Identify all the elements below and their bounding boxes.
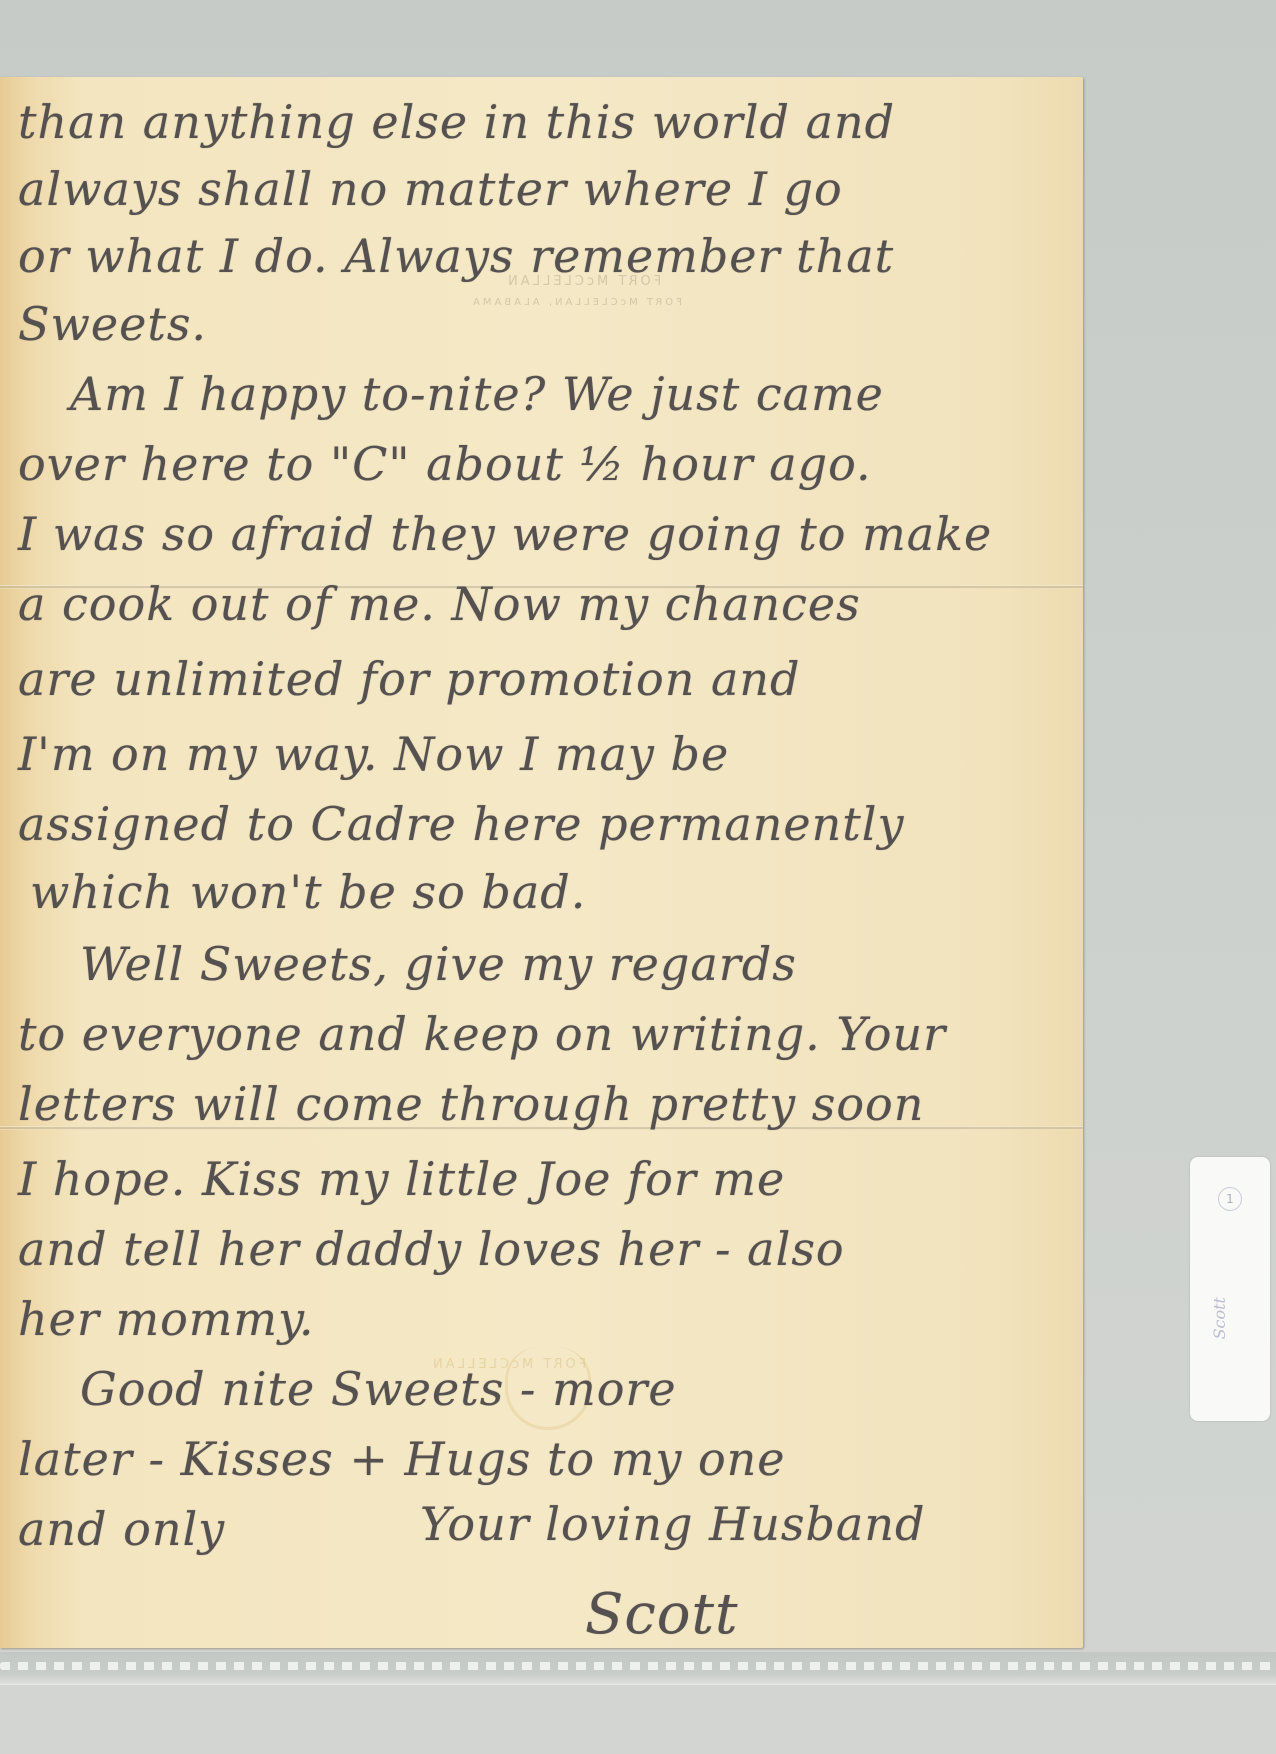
perforation-holes [0, 1662, 1276, 1670]
tag-number-mark: 1 [1218, 1187, 1242, 1211]
letter-line: I'm on my way. Now I may be [18, 727, 729, 781]
letter-line: are unlimited for promotion and [18, 652, 800, 706]
letter-line: I was so afraid they were going to make [18, 507, 992, 561]
archive-tag: 1 Scott [1190, 1157, 1270, 1421]
letter-line: Am I happy to-nite? We just came [70, 367, 884, 421]
letter-line: Good nite Sweets - more [80, 1362, 677, 1416]
sleeve-perforation-strip [0, 1652, 1276, 1685]
letter-line: and tell her daddy loves her - also [18, 1222, 845, 1276]
letter-line: assigned to Cadre here permanently [18, 797, 904, 851]
letter-line: or what I do. Always remember that [18, 229, 894, 283]
letter-line: later - Kisses + Hugs to my one [18, 1432, 786, 1486]
letter-line: a cook out of me. Now my chances [18, 577, 861, 631]
letter-line: and only [18, 1502, 225, 1556]
letter-line: always shall no matter where I go [18, 162, 843, 216]
signature: Scott [585, 1582, 738, 1647]
letterhead-embossing-line2: FORT McCLELLAN, ALABAMA [470, 297, 682, 308]
letter-line: her mommy. [18, 1292, 315, 1346]
letter-line: over here to "C" about ½ hour ago. [18, 437, 872, 491]
letter-page: FORT McCLELLAN FORT McCLELLAN, ALABAMA F… [0, 77, 1083, 1648]
letter-line: I hope. Kiss my little Joe for me [18, 1152, 785, 1206]
letter-line: letters will come through pretty soon [18, 1077, 924, 1131]
letter-line: to everyone and keep on writing. Your [18, 1007, 946, 1061]
letter-line: Sweets. [18, 297, 207, 351]
letter-line: than anything else in this world and [18, 95, 895, 149]
letter-line: which won't be so bad. [30, 865, 586, 919]
letter-line: Well Sweets, give my regards [80, 937, 797, 991]
tag-note: Scott [1210, 1297, 1250, 1339]
closing-line: Your loving Husband [420, 1497, 925, 1551]
